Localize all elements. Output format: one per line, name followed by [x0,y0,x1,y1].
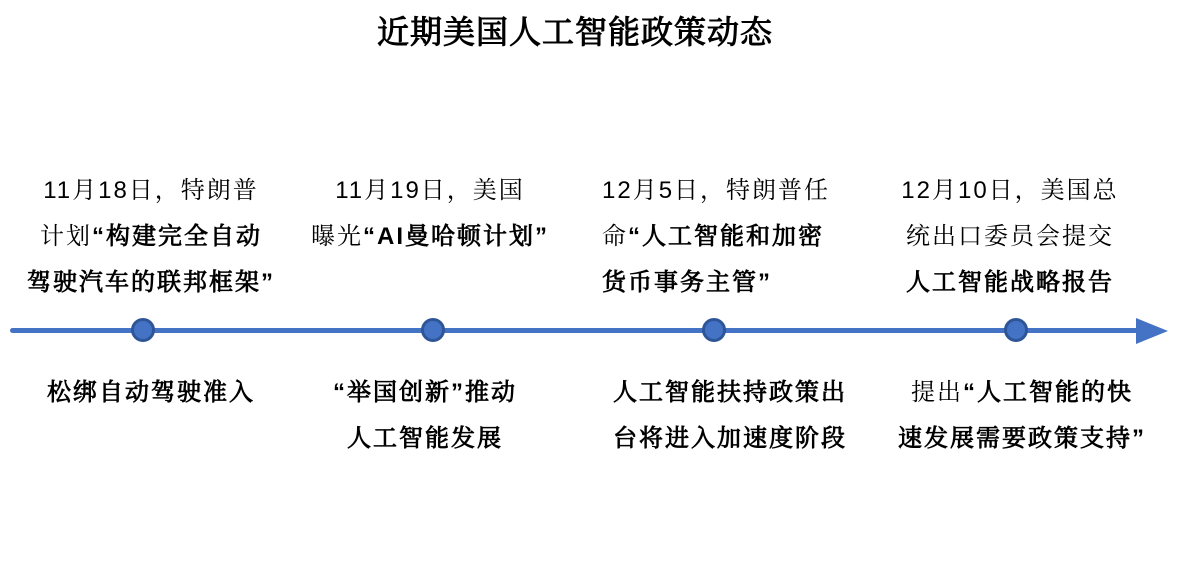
event-1-bottom-text: 松绑自动驾驶准入 [6,370,296,416]
page-title: 近期美国人工智能政策动态 [0,12,1150,52]
text-line: 松绑自动驾驶准入 [6,370,296,416]
emphasis-text: “举国创新”推动 [333,379,517,406]
timeline-node-1 [131,318,155,342]
text-line: 计划“构建完全自动 [6,214,296,260]
event-4-bottom-text: 提出“人工智能的快速发展需要政策支持” [890,370,1154,462]
text-line: 驾驶汽车的联邦框架” [6,260,296,306]
emphasis-text: 货币事务主管” [602,269,772,296]
emphasis-text: 速发展需要政策支持” [898,425,1146,452]
plain-text: 统出口委员会提交 [906,223,1114,250]
text-line: 人工智能扶持政策出 [613,370,893,416]
event-3-top-text: 12月5日，特朗普任命“人工智能和加密货币事务主管” [602,168,882,306]
emphasis-text: 松绑自动驾驶准入 [47,379,255,406]
plain-text: 计划 [40,223,92,250]
emphasis-text: “人工智能和加密 [628,223,824,250]
emphasis-text: “构建完全自动 [92,223,262,250]
text-line: 人工智能发展 [283,416,567,462]
emphasis-text: “AI曼哈顿计划” [363,223,549,250]
text-line: 货币事务主管” [602,260,882,306]
text-line: “举国创新”推动 [283,370,567,416]
text-line: 11月19日，美国 [288,168,572,214]
text-line: 曝光“AI曼哈顿计划” [288,214,572,260]
emphasis-text: 人工智能扶持政策出 [613,379,847,406]
timeline-node-4 [1004,318,1028,342]
text-line: 12月10日，美国总 [878,168,1142,214]
text-line: 提出“人工智能的快 [890,370,1154,416]
plain-text: 12月5日，特朗普任 [602,177,830,204]
emphasis-text: 人工智能发展 [347,425,503,452]
text-line: 12月5日，特朗普任 [602,168,882,214]
text-line: 人工智能战略报告 [878,260,1142,306]
emphasis-text: 驾驶汽车的联邦框架” [27,269,275,296]
timeline-node-3 [702,318,726,342]
event-1-top-text: 11月18日，特朗普计划“构建完全自动驾驶汽车的联邦框架” [6,168,296,306]
event-2-bottom-text: “举国创新”推动人工智能发展 [283,370,567,462]
plain-text: 12月10日，美国总 [901,177,1118,204]
event-4-top-text: 12月10日，美国总统出口委员会提交人工智能战略报告 [878,168,1142,306]
text-line: 命“人工智能和加密 [602,214,882,260]
timeline-arrowhead-icon [1136,318,1168,344]
text-line: 11月18日，特朗普 [6,168,296,214]
timeline-line [10,328,1140,333]
slide-canvas: 近期美国人工智能政策动态 11月18日，特朗普计划“构建完全自动驾驶汽车的联邦框… [0,0,1200,567]
timeline-node-2 [421,318,445,342]
emphasis-text: 人工智能战略报告 [906,269,1114,296]
plain-text: 曝光 [311,223,363,250]
plain-text: 11月19日，美国 [335,177,525,204]
event-2-top-text: 11月19日，美国曝光“AI曼哈顿计划” [288,168,572,260]
emphasis-text: “人工智能的快 [963,379,1133,406]
text-line: 速发展需要政策支持” [890,416,1154,462]
emphasis-text: 台将进入加速度阶段 [613,425,847,452]
plain-text: 提出 [911,379,963,406]
event-3-bottom-text: 人工智能扶持政策出台将进入加速度阶段 [613,370,893,462]
plain-text: 命 [602,223,628,250]
text-line: 统出口委员会提交 [878,214,1142,260]
text-line: 台将进入加速度阶段 [613,416,893,462]
plain-text: 11月18日，特朗普 [43,177,259,204]
